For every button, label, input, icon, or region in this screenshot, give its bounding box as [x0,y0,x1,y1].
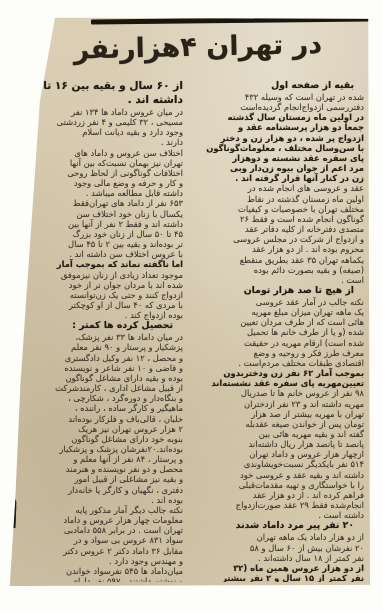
text-line: و قاضی و ۱۰ نفر شاعر و نویسنده [20,363,183,373]
text-line: و نوشتن داشتند ، ۵۹۷ نفر دارای [20,576,183,582]
text-line: اختلاف سن عروس و داماد های [20,148,183,158]
text-line: جمعاً دو هزار پرسشنامه عقد و [194,122,364,132]
text-line: از دو هزار عروس همین ماه (۳۲ [194,563,364,573]
text-line: ۴۵ تا ۵۰ سال از زنان خود بزرگ [20,229,183,239]
text-line: بموجب آمار ۶۲ نفر زن ودختربدون [194,368,364,378]
text-line: ۹۸ نفر از عروس خانم ها تا صدریال [194,388,364,398]
text-line: دفتری ، نگهبان و کارگر یا خانه‌دار [20,485,183,495]
text-line: خلبان ، قالی‌باف و فلزکار بوده‌اند [20,414,183,424]
text-line: در میان داماد ها ۳۳ نفر پزشک، [20,332,183,342]
text-line: بوده ازدواج کند . [20,310,183,320]
text-line: تهران است . در برابر ۵۵۸ دامادبی [20,525,183,535]
torn-edge-ink-mark [9,500,17,526]
text-line: ماهیگیر و کارگر ساده ، راننده ، [20,403,183,413]
text-line: اقتصادی طبقات مختلف مردم‌است . [194,358,364,368]
text-line: با عروس اختلاف سن داشته اند . [20,249,183,259]
column-subhead: از هیچ تا صد هزار تومان [194,285,364,297]
text-line: شده است) ارقام مهریه در حقیقت [194,338,364,348]
text-line: اولین ماه زمستان گذشته در نقاط [194,194,364,204]
text-line: پزشکیار و پرستار و ۹۰ نفر معلم [20,342,183,352]
text-line: مختلف تهران با خصوصیات و کیفیات [194,204,364,214]
text-line: شده در تهران است که وسیله ۴۳۲ [194,92,364,102]
text-line: یکسال با زنان خود اختلاف سن [20,209,183,219]
text-line: سواد ۸۳۱ عروس بی سواد و در [20,535,183,545]
text-line: بوده اند . [20,495,183,505]
column-subhead: بقیه از صفحه اول [194,80,364,92]
text-line: شده (و یا از طرف خانم ها تحمیل [194,327,364,337]
text-line: اختلافات گوناگونی از لحاظ روحی [20,168,183,178]
text-line: انجام‌شده فقط ۲۹ عقد صورت‌ازدواج [194,500,364,510]
text-line: ازدواج پر شده ، دو هزار زن و دختر [194,133,364,143]
text-line: معرف طرز فکر و روحیه و وضع [194,348,364,358]
text-line: گوناگون انجام شده است و فقط ۲۶ [194,214,364,224]
headline: در تهران ۴هزارنفر [8,28,367,67]
text-line: داشته قابل مطالعه میباشد . [20,188,183,198]
text-line: و پرستار ، ۸۴ نفر از آنها معلم و [20,454,183,464]
text-line: یکماهه تهران ۳۵ عقد بطریق منقطع [194,255,364,265]
text-line: ازدواج کنند و حتی یک زن‌توانسته [20,290,183,300]
text-line: نفر کمتر از ۱۵ سال و ۲ نفر بیشتر [194,573,364,582]
text-line: گفته اند و بقیه مهریه هائی بین [194,429,364,439]
text-line: و بقیه نیز مشاغلی از قبیل امور [20,474,183,484]
column-subhead: ۲۰ نفر پیر مرد داماد شدند [194,520,364,532]
text-line: زن در کنار آنها قرار گرفته اند . [194,173,364,183]
text-line: و ازدواج از شرکت در مجلس عروسی [194,234,364,244]
text-line: پای سفره عقد نشسته و دوهزار [194,153,364,163]
text-line: بوده‌اند.۲۰نفرشان پزشک و پزشکیار [20,444,183,454]
text-line: داشته اند و بقیه عقد و عروسی خود [194,470,364,480]
text-line: از دو هزار داماد یک ماهه تهران [194,532,364,542]
text-line: (صیغه) و بقیه بصورت دائم بوده [194,265,364,275]
text-line: ۵۱۴ نفر بایکدیگر نسبت‌خویشاوندی [194,459,364,469]
text-line: بوده و بقیه دارای مشاغل گوناگون [20,373,183,383]
text-line: مرد اعم از جوان بیوه زن‌دار وبی [194,163,364,173]
text-line: وجود دارد و بقیه دیانت اسلام [20,127,183,137]
column-subhead: تحصیل کرده ها کمتر : [20,320,183,332]
text-line: ۲ هزار عروس تهران نیز هریک [20,424,183,434]
text-line: فراهم کرده اند . از دو هزار عقد [194,490,364,500]
text-line: پانصد تا پانصد هزار ریال داشته‌اند [194,439,364,449]
text-line: و بنگاه‌دار و دوره‌گرد ، شکارچی ، [20,393,183,403]
text-line: میان‌داماد ها ۵۴۵ نفرسواد خواندن [20,566,183,576]
text-line: داشته است . [194,510,364,520]
text-line: در میان عروس داماد ها ۱۳۴ نفر [20,107,183,117]
text-line: با سن‌وسال مختلف ، معلومات‌گوناگون [194,143,364,153]
text-line: تهران نیز بهمان نسبت‌که بین آنها [20,158,183,168]
torn-edge-ink-mark [12,384,20,401]
text-line: با مردی که ۴۰ سال از او کوچکتر [20,300,183,310]
text-line: شده اند با مردان جوان تر از خود [20,280,183,290]
text-line: است . [194,275,364,285]
text-line: معلومات چهار هزار عروس و داماد [20,515,183,525]
text-line: دفتررسمی ازدواج‌انجام گردیده‌است [194,102,364,112]
text-line: اما ناگفته نماند که بموجب آمار [20,259,183,269]
text-line: متصدی دفترخانه از کلیه دفاتر عقد [194,224,364,234]
text-line: نکته جالب دیگر آمار مذکور پایه [20,505,183,515]
text-line: یک ماهه تهران میزان مبلغ مهریه [194,307,364,317]
text-line: را با خواستگاری و تهیه مقدمات‌قبلی [194,480,364,490]
text-line: در اولین ماه زمستان سال گذشته [194,112,364,122]
text-line: از قبیل مشاغل اداری ، کارمندشرکت [20,383,183,393]
text-line: تعیین‌مهریه پای سفره عقد نشسته‌اند [194,378,364,388]
column-left: از ۶۰ سال و بقیه بین ۱۶ تا ۶۰داشته اند .… [20,80,183,582]
text-line: محصل و دو نفر نویسنده و هنرمند [20,464,183,474]
text-line: داشته اند و فقط ۲ نفر از آنها بین [20,219,183,229]
column-right: بقیه از صفحه اولشده در تهران است که وسیل… [194,80,364,582]
text-line: مهریه داشته اند و ۲۳ نفر ازدختران [194,399,364,409]
text-line: تومان پس از خواندن صیغه عقدبله [194,419,364,429]
newspaper-clipping: در تهران ۴هزارنفر بقیه از صفحه اولشده در… [8,16,370,586]
text-line: هائی است که از طرف مردان تعیین [194,317,364,327]
text-line: مقابل ۳۶ داماد دکتر ۲ عروس دکتر [20,546,183,556]
text-line: داشته اند . [20,94,183,108]
text-line: ۶۵۳ نفر از داماد های تهران‌فقط [20,198,183,208]
text-line: ازچهار هزار عروس و داماد تهران [194,449,364,459]
text-line: و کار و حرفه و وضع مالی وجود [20,178,183,188]
article-columns: بقیه از صفحه اولشده در تهران است که وسیل… [20,80,364,582]
text-line: عقد و عروسی های انجام شده در [194,183,364,193]
text-line: دارند . [20,137,183,147]
text-line: ۲۰ نفرشان بیش از ۶۰ سال و ۵۸ [194,543,364,553]
top-rule-bar [91,17,372,25]
text-line: بنوبه خود دارای مشاغل گوناگون [20,434,183,444]
text-line: تهران با مهریه بیشتر از صد هزار [194,409,364,419]
text-line: و محصل ، ۱۲ نفر وکیل دادگستری [20,353,183,363]
text-line: مسیحی ، ۳۲ کلیمی و ۴ نفر زردشتی [20,117,183,127]
text-line: نکته جالب در آمار عقد عروسی [194,297,364,307]
text-line: محروم بوده اند . از دو هزار عقد [194,244,364,254]
text-line: نفر کمتر از ۱۸ سال داشته‌اند . [194,553,364,563]
text-line: از ۶۰ سال و بقیه بین ۱۶ تا ۶۰ [20,80,183,94]
torn-edge-ink-mark [9,298,17,326]
text-line: تر بوده‌اند و بقیه بین ۲ تا ۴۵ سال [20,239,183,249]
text-line: و مهندس وجود دارد . [20,556,183,566]
text-line: موجود تعداد زیادی از زنان نیزموفق [20,270,183,280]
